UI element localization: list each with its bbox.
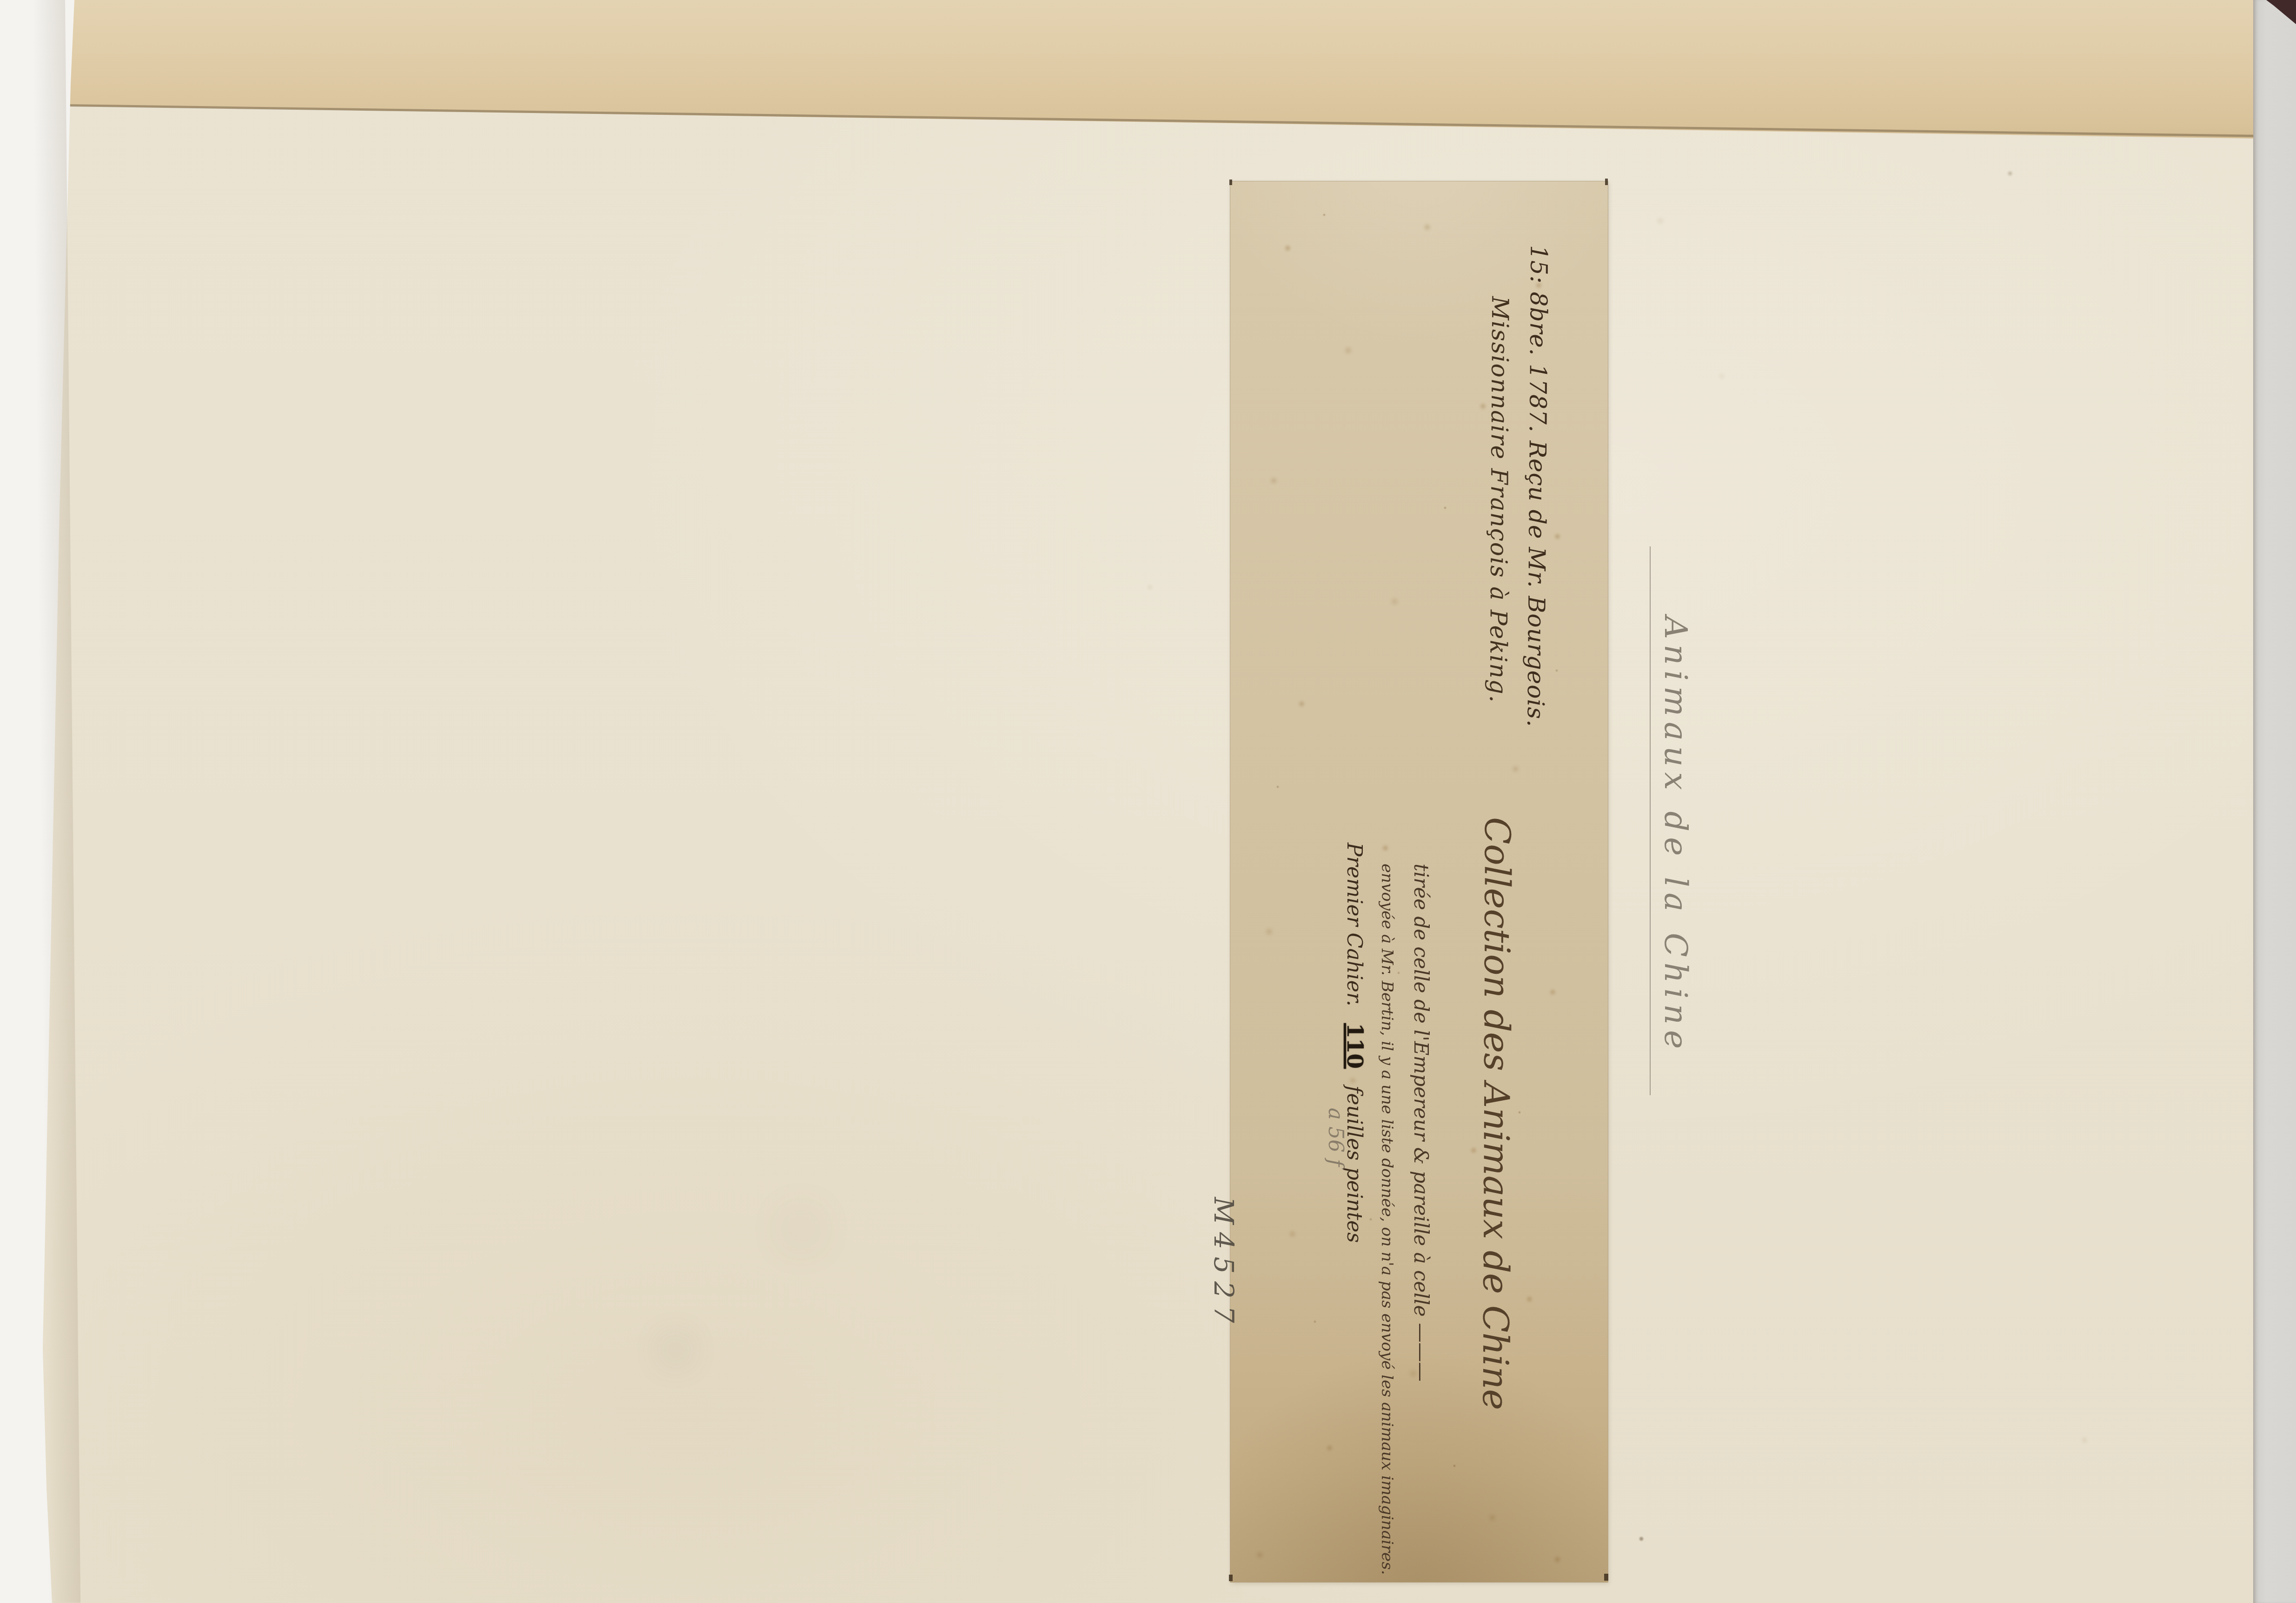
cahier-prefix-text: Premier Cahier. (1342, 843, 1366, 1006)
album-page (0, 0, 2296, 1603)
inscription-missionary-line: Missionnaire François à Peking. (1484, 296, 1513, 704)
inventory-number-group: M4527 (1196, 1187, 1242, 1345)
inscription-subtitle-1: tirée de celle de l'Empereur & pareille … (1410, 864, 1432, 1382)
category-label-underline (1650, 546, 1651, 1095)
inscription-title: Collection des Animaux de Chine (1475, 817, 1518, 1410)
inventory-number: M4527 (1205, 1197, 1242, 1330)
stamped-number-110: 110 (1342, 1023, 1367, 1069)
strip-inscriptions: 15: 8bre. 1787. Reçu de Mr. Bourgeois. M… (1228, 182, 1605, 1582)
inscription-cahier-line: Premier Cahier. 110 feuilles peintes (1342, 843, 1367, 1243)
strip-corner-ink-mark (1605, 179, 1608, 185)
pencil-price-note: a 56 f (1323, 1108, 1347, 1166)
category-label-group: Animaux de la Chine (1642, 537, 1698, 1123)
page-edge-right-sliver (2253, 0, 2296, 1603)
inscription-subtitle-2: envoyée à Mr. Bertin, il y a une liste d… (1378, 864, 1396, 1575)
category-label: Animaux de la Chine (1653, 616, 1697, 1054)
inscription-date-line: 15: 8bre. 1787. Reçu de Mr. Bourgeois. (1522, 245, 1552, 727)
